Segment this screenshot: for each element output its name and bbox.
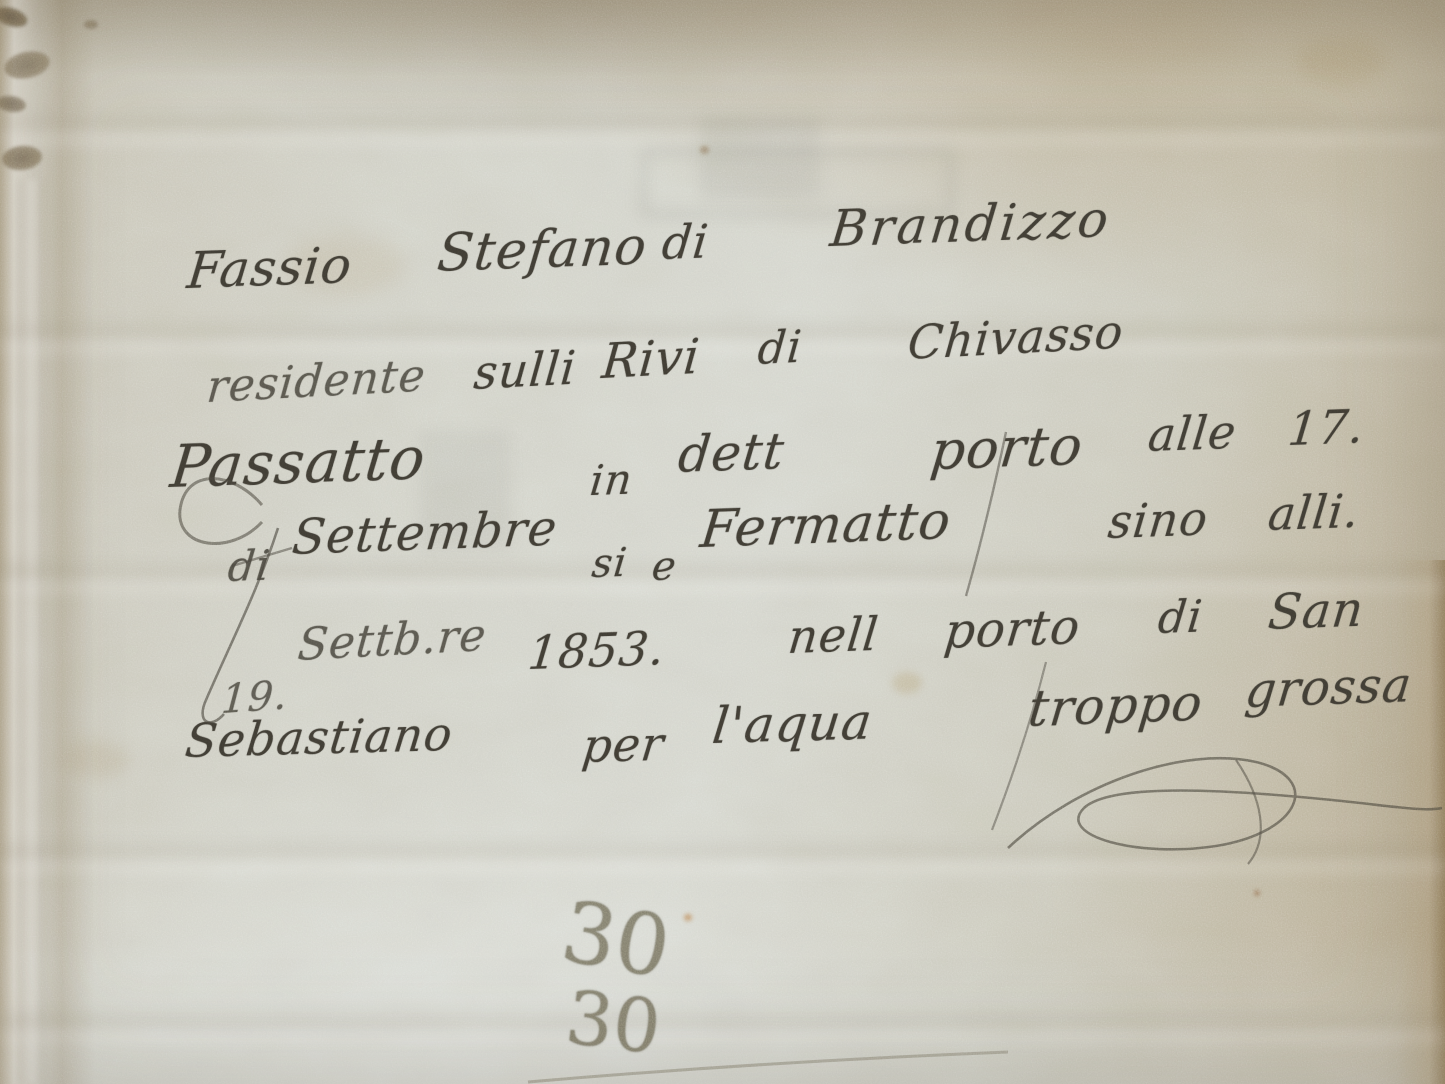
- handwritten-word: Chivasso: [906, 308, 1126, 366]
- handwritten-word: Passatto: [168, 429, 429, 496]
- handwritten-word: Fassio: [185, 240, 355, 296]
- handwritten-word: l'aqua: [710, 697, 875, 751]
- handwritten-word: Settb.re: [296, 614, 488, 668]
- paper-damage: [0, 3, 30, 31]
- handwritten-word: dett: [676, 426, 787, 480]
- handwritten-word: alli.: [1266, 488, 1362, 537]
- horizontal-crease: [0, 836, 1445, 882]
- foxing-spot: [700, 146, 709, 154]
- handwritten-word: San: [1266, 585, 1366, 637]
- handwritten-word: Rivi: [600, 333, 702, 386]
- handwritten-word: troppo: [1026, 678, 1205, 734]
- handwritten-word: Fermatto: [698, 495, 954, 556]
- foxing-spot: [1254, 890, 1260, 896]
- handwritten-word: alle: [1146, 409, 1239, 458]
- handwritten-word: nell: [786, 611, 881, 660]
- handwritten-word: e: [650, 546, 679, 587]
- stain: [60, 742, 130, 778]
- ink-show-through: [700, 118, 820, 198]
- handwritten-word: in: [588, 458, 635, 502]
- handwritten-word: sulli: [472, 344, 578, 396]
- handwritten-word: Settembre: [290, 505, 560, 562]
- handwritten-word: porto: [942, 603, 1083, 656]
- paper-edge-right: [1385, 560, 1445, 1084]
- handwritten-word: sino: [1106, 495, 1210, 545]
- paper-damage: [2, 48, 52, 83]
- paper-damage: [1, 144, 43, 172]
- handwritten-word: di: [660, 218, 711, 266]
- paper-damage: [84, 20, 98, 29]
- handwritten-word: Brandizzo: [828, 194, 1114, 254]
- stain: [1296, 36, 1386, 86]
- horizontal-crease: [0, 108, 1445, 154]
- paper-damage: [0, 94, 27, 114]
- handwritten-word: grossa: [1243, 661, 1414, 715]
- handwritten-word: per: [580, 721, 667, 769]
- stain: [892, 672, 922, 694]
- handwritten-word: di: [1156, 595, 1205, 641]
- handwritten-word: di: [226, 544, 273, 588]
- handwritten-word: porto: [928, 418, 1086, 478]
- horizontal-crease: [0, 316, 1445, 362]
- handwritten-word: di: [756, 325, 804, 372]
- pencil-number: 30: [562, 981, 664, 1066]
- horizontal-crease: [0, 1006, 1445, 1052]
- handwritten-word: 1853.: [526, 625, 667, 676]
- handwritten-word: si: [590, 543, 630, 584]
- handwritten-word: Sebastiano: [183, 711, 455, 764]
- handwritten-word: Stefano: [435, 220, 650, 280]
- horizontal-crease: [0, 556, 1445, 602]
- handwritten-word: residente: [205, 354, 428, 410]
- manuscript-photo: Fassio Stefano di Brandizzo residente su…: [0, 0, 1445, 1084]
- foxing-spot: [684, 914, 692, 921]
- vertical-fold-crease: [18, 180, 44, 1084]
- handwritten-word: 17.: [1286, 403, 1367, 452]
